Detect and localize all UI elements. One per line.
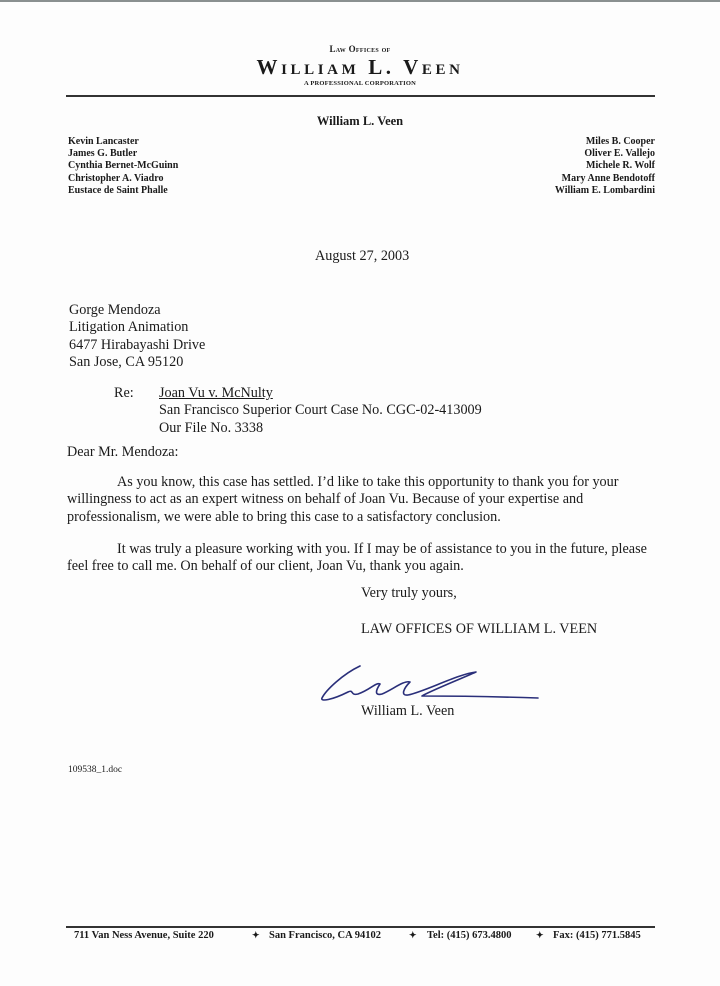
letterhead-small-heading: Law Offices of bbox=[0, 44, 720, 54]
body-paragraph-1: As you know, this case has settled. I’d … bbox=[67, 474, 662, 526]
footer-tel: Tel: (415) 673.4800 bbox=[427, 930, 511, 941]
document-reference: 109538_1.doc bbox=[68, 765, 122, 775]
body-paragraph-2: It was truly a pleasure working with you… bbox=[67, 541, 662, 576]
attorney-name: Mary Anne Bendotoff bbox=[555, 173, 655, 185]
salutation: Dear Mr. Mendoza: bbox=[67, 444, 179, 461]
firm-signature-line: LAW OFFICES OF WILLIAM L. VEEN bbox=[361, 621, 597, 638]
attorney-list-right: Miles B. Cooper Oliver E. Vallejo Michel… bbox=[555, 136, 655, 197]
case-name: Joan Vu v. McNulty bbox=[159, 385, 482, 402]
recipient-street: 6477 Hirabayashi Drive bbox=[69, 337, 205, 354]
attorney-name: Michele R. Wolf bbox=[555, 160, 655, 172]
letterhead-principal: William L. Veen bbox=[0, 114, 720, 129]
footer-separator-icon: ✦ bbox=[536, 930, 544, 941]
footer-city: San Francisco, CA 94102 bbox=[269, 930, 381, 941]
closing: Very truly yours, bbox=[361, 585, 457, 602]
re-block: Joan Vu v. McNulty San Francisco Superio… bbox=[159, 385, 482, 437]
footer-address: 711 Van Ness Avenue, Suite 220 bbox=[74, 930, 214, 941]
scan-top-edge bbox=[0, 0, 720, 2]
footer-rule bbox=[66, 926, 655, 928]
file-number-line: Our File No. 3338 bbox=[159, 420, 482, 437]
letter-date: August 27, 2003 bbox=[315, 248, 409, 265]
footer-separator-icon: ✦ bbox=[252, 930, 260, 941]
signer-name: William L. Veen bbox=[361, 703, 454, 720]
letterhead-rule bbox=[66, 95, 655, 97]
recipient-city: San Jose, CA 95120 bbox=[69, 354, 205, 371]
letterhead-corp-line: A PROFESSIONAL CORPORATION bbox=[0, 80, 720, 87]
attorney-name: William E. Lombardini bbox=[555, 185, 655, 197]
recipient-address: Gorge Mendoza Litigation Animation 6477 … bbox=[69, 302, 205, 371]
attorney-name: Oliver E. Vallejo bbox=[555, 148, 655, 160]
footer-separator-icon: ✦ bbox=[409, 930, 417, 941]
recipient-company: Litigation Animation bbox=[69, 319, 205, 336]
attorney-name: Kevin Lancaster bbox=[68, 136, 178, 148]
attorney-name: Eustace de Saint Phalle bbox=[68, 185, 178, 197]
recipient-name: Gorge Mendoza bbox=[69, 302, 205, 319]
attorney-name: Cynthia Bernet-McGuinn bbox=[68, 160, 178, 172]
attorney-name: Miles B. Cooper bbox=[555, 136, 655, 148]
attorney-name: James G. Butler bbox=[68, 148, 178, 160]
letterhead-firm-name: William L. Veen bbox=[0, 55, 720, 80]
footer-fax: Fax: (415) 771.5845 bbox=[553, 930, 641, 941]
court-case-line: San Francisco Superior Court Case No. CG… bbox=[159, 402, 482, 419]
attorney-list-left: Kevin Lancaster James G. Butler Cynthia … bbox=[68, 136, 178, 197]
attorney-name: Christopher A. Viadro bbox=[68, 173, 178, 185]
re-label: Re: bbox=[114, 385, 134, 402]
